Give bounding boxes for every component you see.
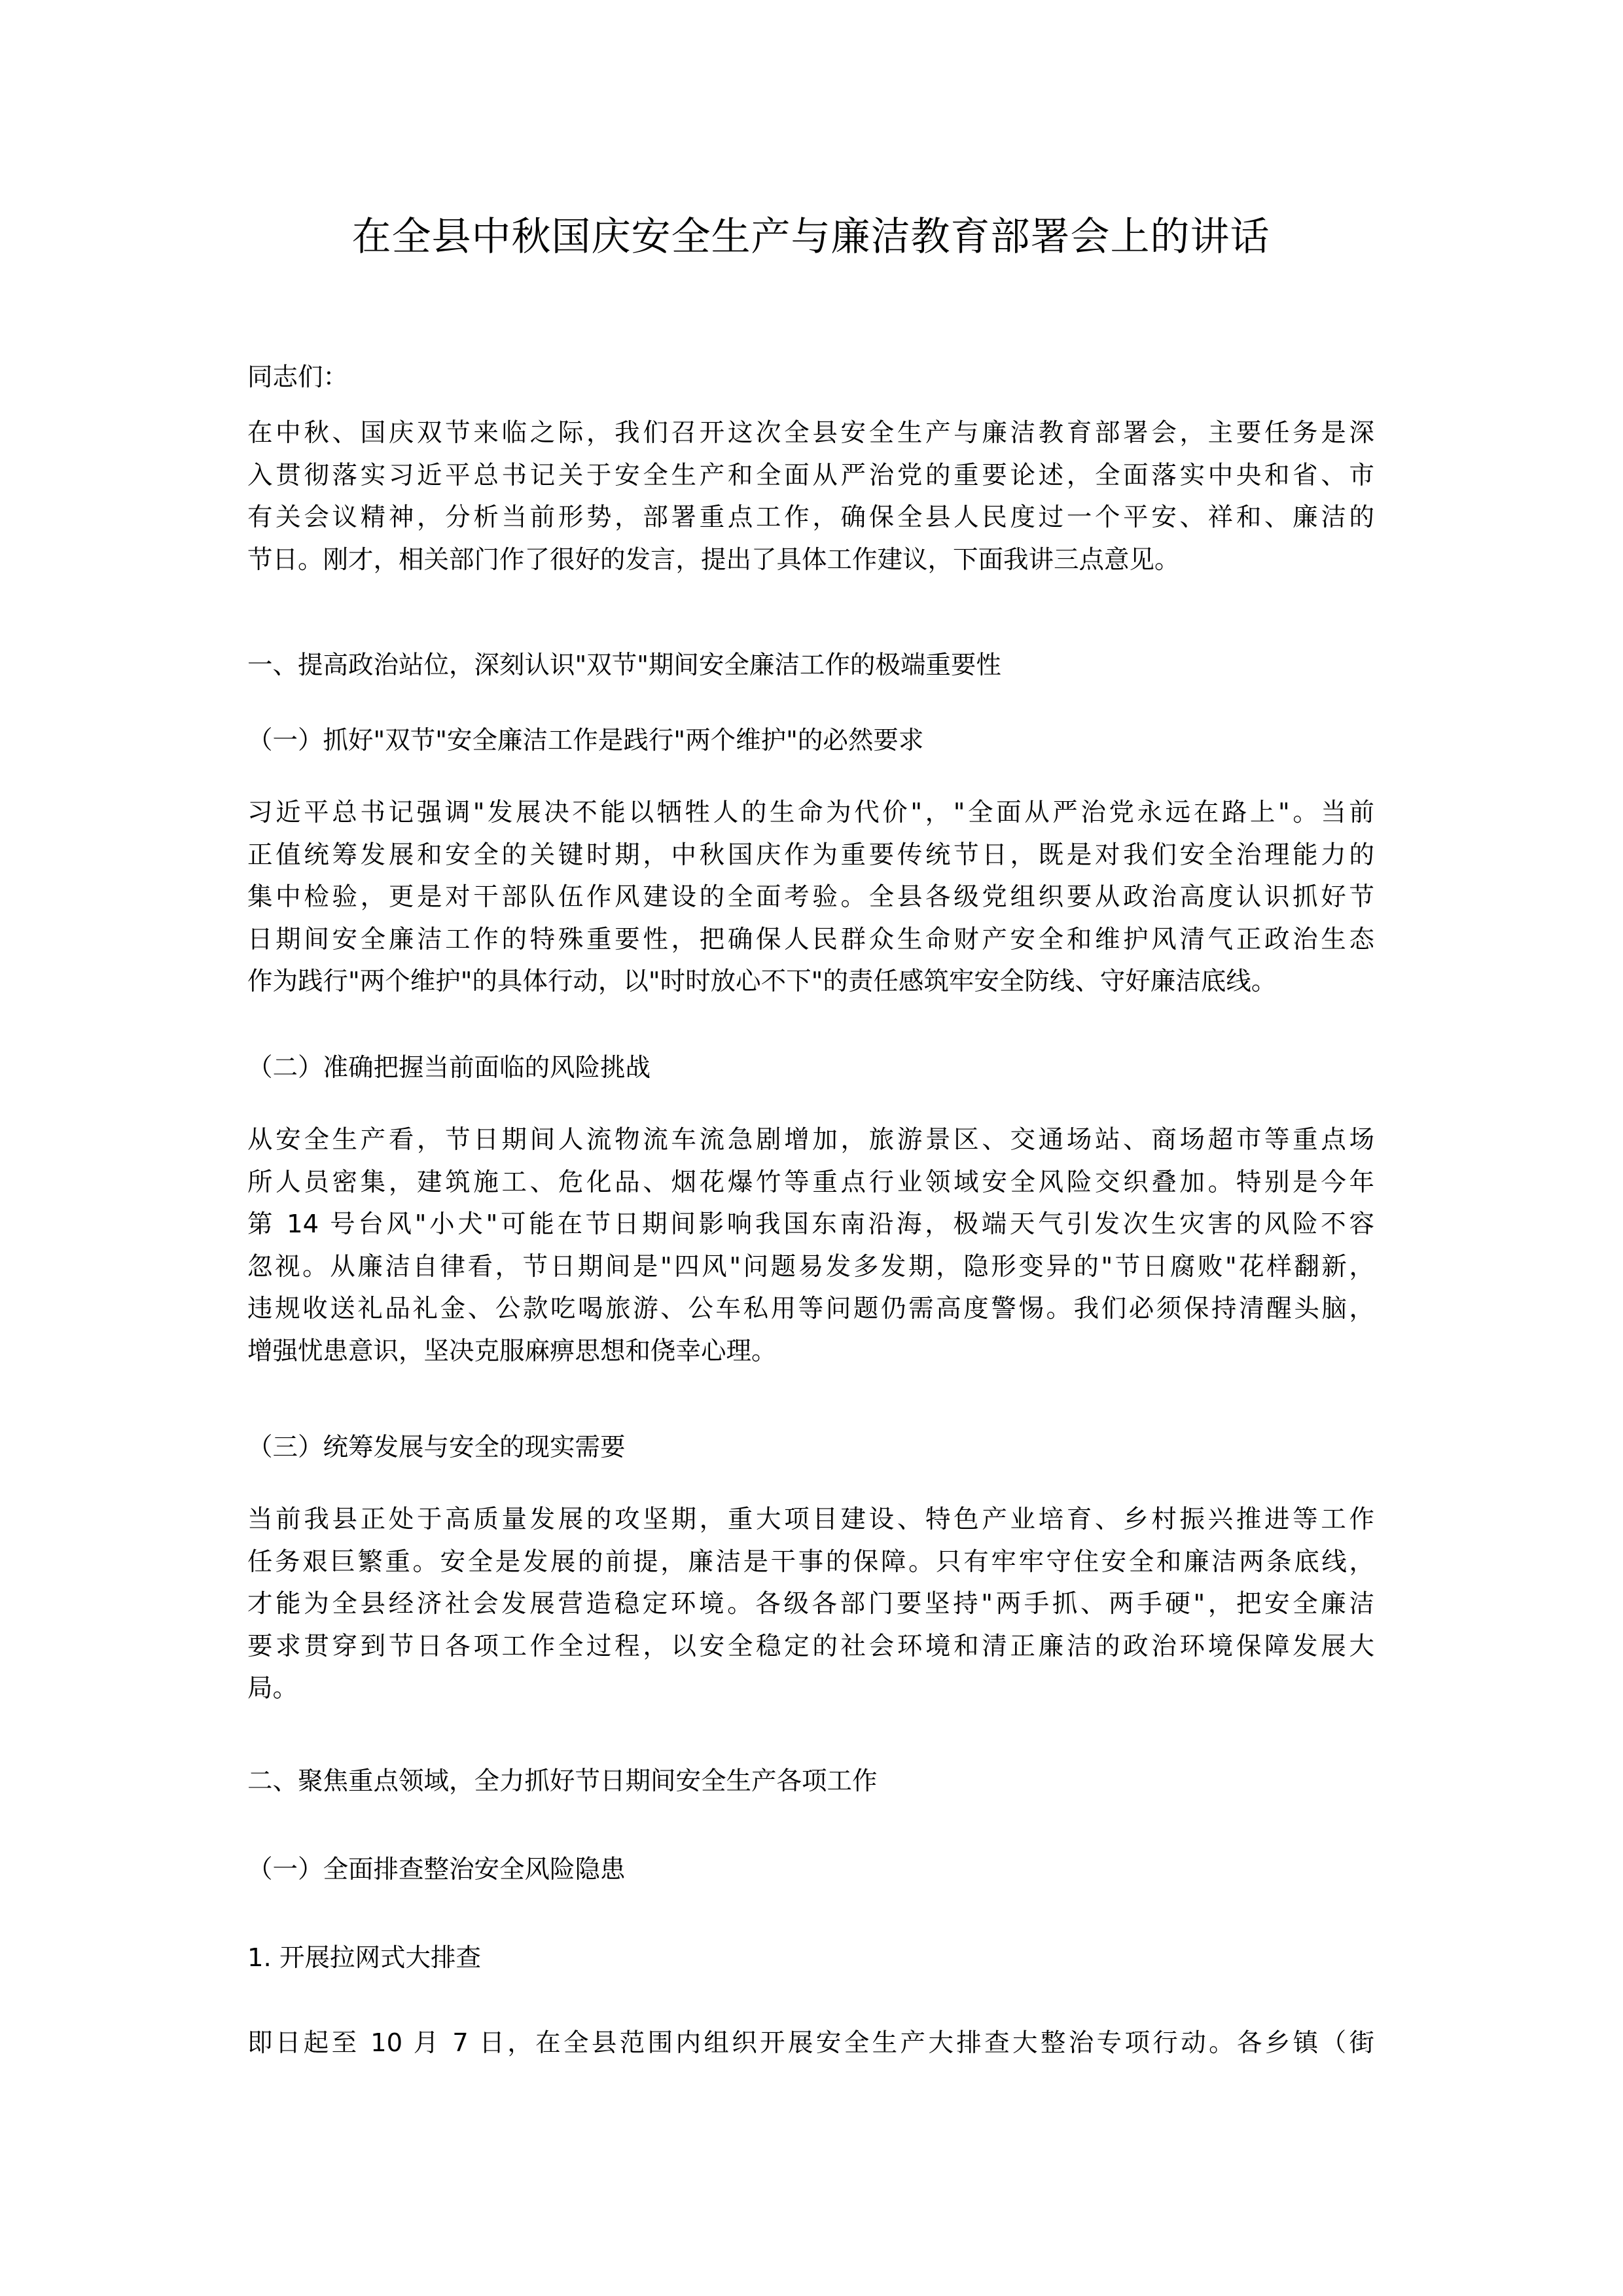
- text-line: 增强忧患意识，坚决克服麻痹思想和侥幸心理。: [247, 1331, 1374, 1373]
- text-line: 要求贯穿到节日各项工作全过程，以安全稳定的社会环境和清正廉洁的政治环境保障发展大: [247, 1626, 1374, 1668]
- section-2-heading: 二、聚焦重点领域，全力抓好节日期间安全生产各项工作: [247, 1761, 878, 1803]
- document-title: 在全县中秋国庆安全生产与廉洁教育部署会上的讲话: [247, 211, 1374, 263]
- text-line: 作为践行"两个维护"的具体行动，以"时时放心不下"的责任感筑牢安全防线、守好廉洁…: [247, 961, 1374, 1003]
- text-line: 日期间安全廉洁工作的特殊重要性，把确保人民群众生命财产安全和维护风清气正政治生态: [247, 919, 1374, 961]
- text-line: 入贯彻落实习近平总书记关于安全生产和全面从严治党的重要论述，全面落实中央和省、市: [247, 455, 1374, 497]
- section-1-sub-3-heading: （三）统筹发展与安全的现实需要: [247, 1427, 626, 1469]
- text-line: 有关会议精神，分析当前形势，部署重点工作，确保全县人民度过一个平安、祥和、廉洁的: [247, 497, 1374, 539]
- text-line: 习近平总书记强调"发展决不能以牺牲人的生命为代价"，"全面从严治党永远在路上"。…: [247, 792, 1374, 834]
- section-2-item-1-heading: 1. 开展拉网式大排查: [247, 1937, 481, 1980]
- text-line: 即日起至 10 月 7 日，在全县范围内组织开展安全生产大排查大整治专项行动。各…: [247, 2022, 1374, 2065]
- text-line: 任务艰巨繁重。安全是发展的前提，廉洁是干事的保障。只有牢牢守住安全和廉洁两条底线…: [247, 1541, 1374, 1584]
- text-line: 在中秋、国庆双节来临之际，我们召开这次全县安全生产与廉洁教育部署会，主要任务是深: [247, 412, 1374, 455]
- text-line: 所人员密集，建筑施工、危化品、烟花爆竹等重点行业领域安全风险交织叠加。特别是今年: [247, 1162, 1374, 1204]
- text-line: 第 14 号台风"小犬"可能在节日期间影响我国东南沿海，极端天气引发次生灾害的风…: [247, 1204, 1374, 1246]
- section-2-sub-1-heading: （一）全面排查整治安全风险隐患: [247, 1849, 626, 1892]
- section-1-sub-3-paragraph: 当前我县正处于高质量发展的攻坚期，重大项目建设、特色产业培育、乡村振兴推进等工作…: [247, 1499, 1374, 1710]
- text-line: 违规收送礼品礼金、公款吃喝旅游、公车私用等问题仍需高度警惕。我们必须保持清醒头脑…: [247, 1288, 1374, 1331]
- text-line: 从安全生产看，节日期间人流物流车流急剧增加，旅游景区、交通场站、商场超市等重点场: [247, 1119, 1374, 1162]
- text-line: 集中检验，更是对干部队伍作风建设的全面考验。全县各级党组织要从政治高度认识抓好节: [247, 876, 1374, 919]
- text-line: 忽视。从廉洁自律看，节日期间是"四风"问题易发多发期，隐形变异的"节日腐败"花样…: [247, 1246, 1374, 1289]
- intro-paragraph: 在中秋、国庆双节来临之际，我们召开这次全县安全生产与廉洁教育部署会，主要任务是深…: [247, 412, 1374, 581]
- text-line: 正值统筹发展和安全的关键时期，中秋国庆作为重要传统节日，既是对我们安全治理能力的: [247, 834, 1374, 877]
- section-1-heading: 一、提高政治站位，深刻认识"双节"期间安全廉洁工作的极端重要性: [247, 645, 1001, 687]
- text-line: 才能为全县经济社会发展营造稳定环境。各级各部门要坚持"两手抓、两手硬"，把安全廉…: [247, 1583, 1374, 1626]
- section-2-item-1-paragraph: 即日起至 10 月 7 日，在全县范围内组织开展安全生产大排查大整治专项行动。各…: [247, 2022, 1374, 2065]
- salutation: 同志们：: [247, 357, 348, 399]
- text-line: 局。: [247, 1668, 1374, 1710]
- section-1-sub-2-heading: （二）准确把握当前面临的风险挑战: [247, 1047, 651, 1090]
- section-1-sub-2-paragraph: 从安全生产看，节日期间人流物流车流急剧增加，旅游景区、交通场站、商场超市等重点场…: [247, 1119, 1374, 1372]
- text-line: 当前我县正处于高质量发展的攻坚期，重大项目建设、特色产业培育、乡村振兴推进等工作: [247, 1499, 1374, 1541]
- section-1-sub-1-heading: （一）抓好"双节"安全廉洁工作是践行"两个维护"的必然要求: [247, 720, 923, 762]
- text-line: 节日。刚才，相关部门作了很好的发言，提出了具体工作建议，下面我讲三点意见。: [247, 539, 1374, 582]
- section-1-sub-1-paragraph: 习近平总书记强调"发展决不能以牺牲人的生命为代价"，"全面从严治党永远在路上"。…: [247, 792, 1374, 1003]
